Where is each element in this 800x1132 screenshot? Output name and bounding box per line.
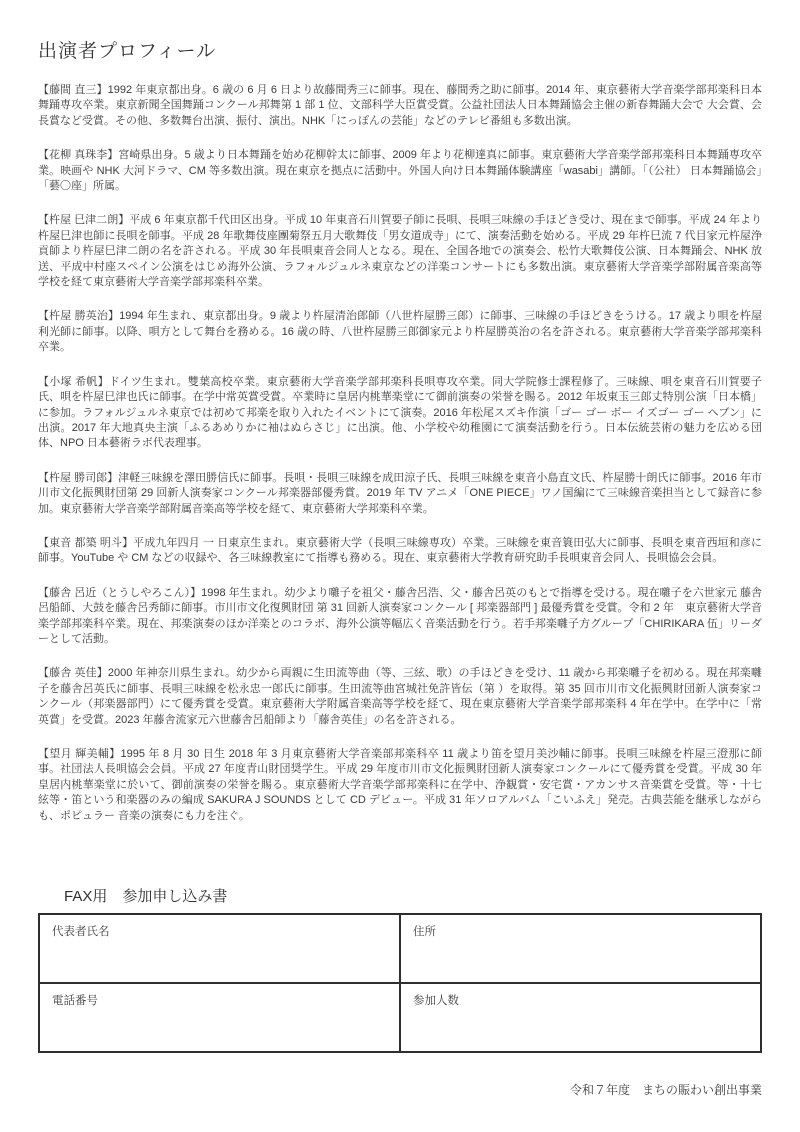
fax-table-row-1: 代表者氏名 住所 (39, 914, 761, 983)
fax-form-title: FAX用 参加申し込み書 (64, 887, 762, 907)
fax-cell-address: 住所 (400, 914, 761, 983)
profile-paragraph-hanayagi: 【花柳 真珠李】宮崎県出身。5 歳より日本舞踊を始め花柳幹太に師事、2009 年… (38, 148, 762, 194)
profile-paragraph-fujima-naozo: 【藤間 直三】1992 年東京都出身。6 歳の 6 月 6 日より故藤間秀三に師… (38, 83, 762, 129)
profile-paragraph-kineya-katsushiro: 【杵屋 勝司郎】津軽三味線を澤田勝信氏に師事。長唄・長唄三味線を成田涼子氏、長唄… (38, 471, 762, 517)
fax-cell-participants: 参加人数 (400, 983, 761, 1052)
fax-table: 代表者氏名 住所 電話番号 参加人数 (38, 913, 762, 1053)
fax-form-section: FAX用 参加申し込み書 代表者氏名 住所 電話番号 参加人数 (38, 887, 762, 1053)
profiles-section: 【藤間 直三】1992 年東京都出身。6 歳の 6 月 6 日より故藤間秀三に師… (38, 83, 762, 863)
fax-table-row-2: 電話番号 参加人数 (39, 983, 761, 1052)
document-page: 出演者プロフィール 【藤間 直三】1992 年東京都出身。6 歳の 6 月 6 … (0, 0, 800, 1132)
profile-paragraph-kineya-mitsujiro: 【杵屋 巳津二朗】平成 6 年東京都千代田区出身。平成 10 年東音石川賀要子師… (38, 213, 762, 290)
profile-paragraph-tosha-hideka: 【藤舎 英佳】2000 年神奈川県生まれ。幼少から両親に生田流等曲（等、三絃、歌… (38, 666, 762, 728)
profile-paragraph-mochizuki: 【望月 輝美輔】1995 年 8 月 30 日生 2018 年 3 月東京藝術大… (38, 747, 762, 824)
fax-cell-phone: 電話番号 (39, 983, 400, 1052)
profile-paragraph-tosha-rokon: 【藤舎 呂近（とうしやろこん）】1998 年生まれ。幼少より囃子を祖父・藤舎呂浩… (38, 586, 762, 648)
page-title: 出演者プロフィール (38, 36, 762, 63)
profile-paragraph-toon-tsuzuki: 【東音 都築 明斗】平成九年四月 一 日東京生まれ。東京藝術大学（長唄三味線専攻… (38, 536, 762, 567)
fax-cell-representative-name: 代表者氏名 (39, 914, 400, 983)
profile-paragraph-kineya-katsueiji: 【杵屋 勝英治】1994 年生まれ、東京都出身。9 歳より杵屋清治郎師（八世杵屋… (38, 309, 762, 355)
profile-paragraph-kozuka-kiho: 【小塚 希帆】ドイツ生まれ。雙葉高校卒業。東京藝術大学音楽学部邦楽科長唄専攻卒業… (38, 375, 762, 452)
page-footer: 令和７年度 まちの賑わい創出事業 (570, 1081, 762, 1098)
